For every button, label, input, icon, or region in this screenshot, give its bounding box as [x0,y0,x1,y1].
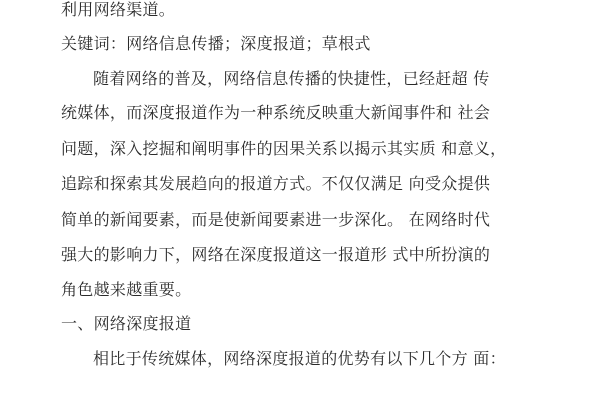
paragraph-line: 角色越来越重要。 [61,280,191,300]
paragraph-line: 问题，深入挖掘和阐明事件的因果关系以揭示其实质 和意义， [61,139,507,159]
paragraph-line: 统媒体，而深度报道作为一种系统反映重大新闻事件和 社会 [61,103,490,123]
document-page: 利用网络渠道。 关键词：网络信息传播；深度报道；草根式 随着网络的普及，网络信息… [0,0,600,400]
paragraph-line-intro-end: 利用网络渠道。 [61,0,175,20]
paragraph-line: 随着网络的普及，网络信息传播的快捷性，已经赶超 传 [93,69,490,89]
keywords-line: 关键词：网络信息传播；深度报道；草根式 [61,34,371,54]
paragraph-line: 强大的影响力下，网络在深度报道这一报道形 式中所扮演的 [61,245,490,265]
paragraph-line: 追踪和探索其发展趋向的报道方式。不仅仅满足 向受众提供 [61,174,490,194]
paragraph-line: 简单的新闻要素，而是使新闻要素进一步深化。 在网络时代 [61,210,490,230]
section-heading: 一、网络深度报道 [61,314,191,334]
paragraph-line: 相比于传统媒体，网络深度报道的优势有以下几个方 面： [93,349,506,369]
